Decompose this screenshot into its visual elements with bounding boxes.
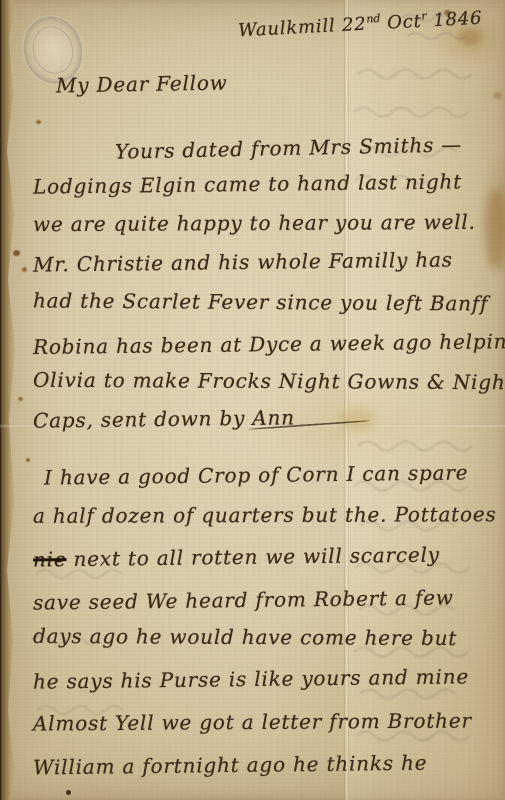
dateline-month: Oct xyxy=(380,11,422,34)
foxing-spot xyxy=(493,92,502,99)
handwriting-line: Yours dated from Mrs Smiths — xyxy=(115,132,463,163)
foxing-spot xyxy=(36,120,41,124)
foxing-spot xyxy=(26,458,30,462)
stain-top-right xyxy=(458,28,482,46)
dateline: Waulkmill 22nd Octr 1846 xyxy=(238,7,483,42)
dateline-day-suffix: nd xyxy=(366,12,381,26)
handwriting-line: Lodgings Elgin came to hand last night xyxy=(33,169,462,198)
foxing-spot xyxy=(22,267,27,272)
dateline-year: 1846 xyxy=(426,8,483,32)
handwriting-line-text: next to all rotten we will scarcely xyxy=(73,543,440,571)
foxing-spot xyxy=(18,397,23,401)
letter-scan-page: Waulkmill 22nd Octr 1846 My Dear Fellow … xyxy=(0,0,505,800)
handwriting-line: Olivia to make Frocks Night Gowns & Nigh… xyxy=(33,368,505,395)
handwriting-line: William a fortnight ago he thinks he xyxy=(33,751,428,780)
handwriting-line: Almost Yell we got a letter from Brother xyxy=(33,708,472,735)
handwriting-line: Mr. Christie and his whole Familly has xyxy=(33,247,453,276)
stain-right-edge xyxy=(486,190,505,268)
seal-inner-ring xyxy=(27,21,79,78)
handwriting-line: a half dozen of quarters but the. Pottat… xyxy=(33,502,497,528)
handwriting-line: Robina has been at Dyce a week ago helpi… xyxy=(33,329,505,359)
handwriting-line: had the Scarlet Fever since you left Ban… xyxy=(33,288,488,315)
handwriting-line: we are quite happy to hear you are well. xyxy=(33,210,476,236)
handwriting-line: save seed We heard from Robert a few xyxy=(33,585,454,614)
torn-left-paper-edge xyxy=(0,0,18,800)
handwriting-line: I have a good Crop of Corn I can spare xyxy=(44,460,469,489)
foxing-spot xyxy=(13,250,20,256)
handwriting-line: days ago he would have come here but xyxy=(33,624,457,650)
handwriting-line: nienext to all rotten we will scarcely xyxy=(33,543,440,572)
salutation: My Dear Fellow xyxy=(56,71,228,98)
ink-blot xyxy=(66,790,71,795)
struck-out-word: nie xyxy=(33,547,67,571)
handwriting-line: he says his Purse is like yours and mine xyxy=(33,664,469,693)
